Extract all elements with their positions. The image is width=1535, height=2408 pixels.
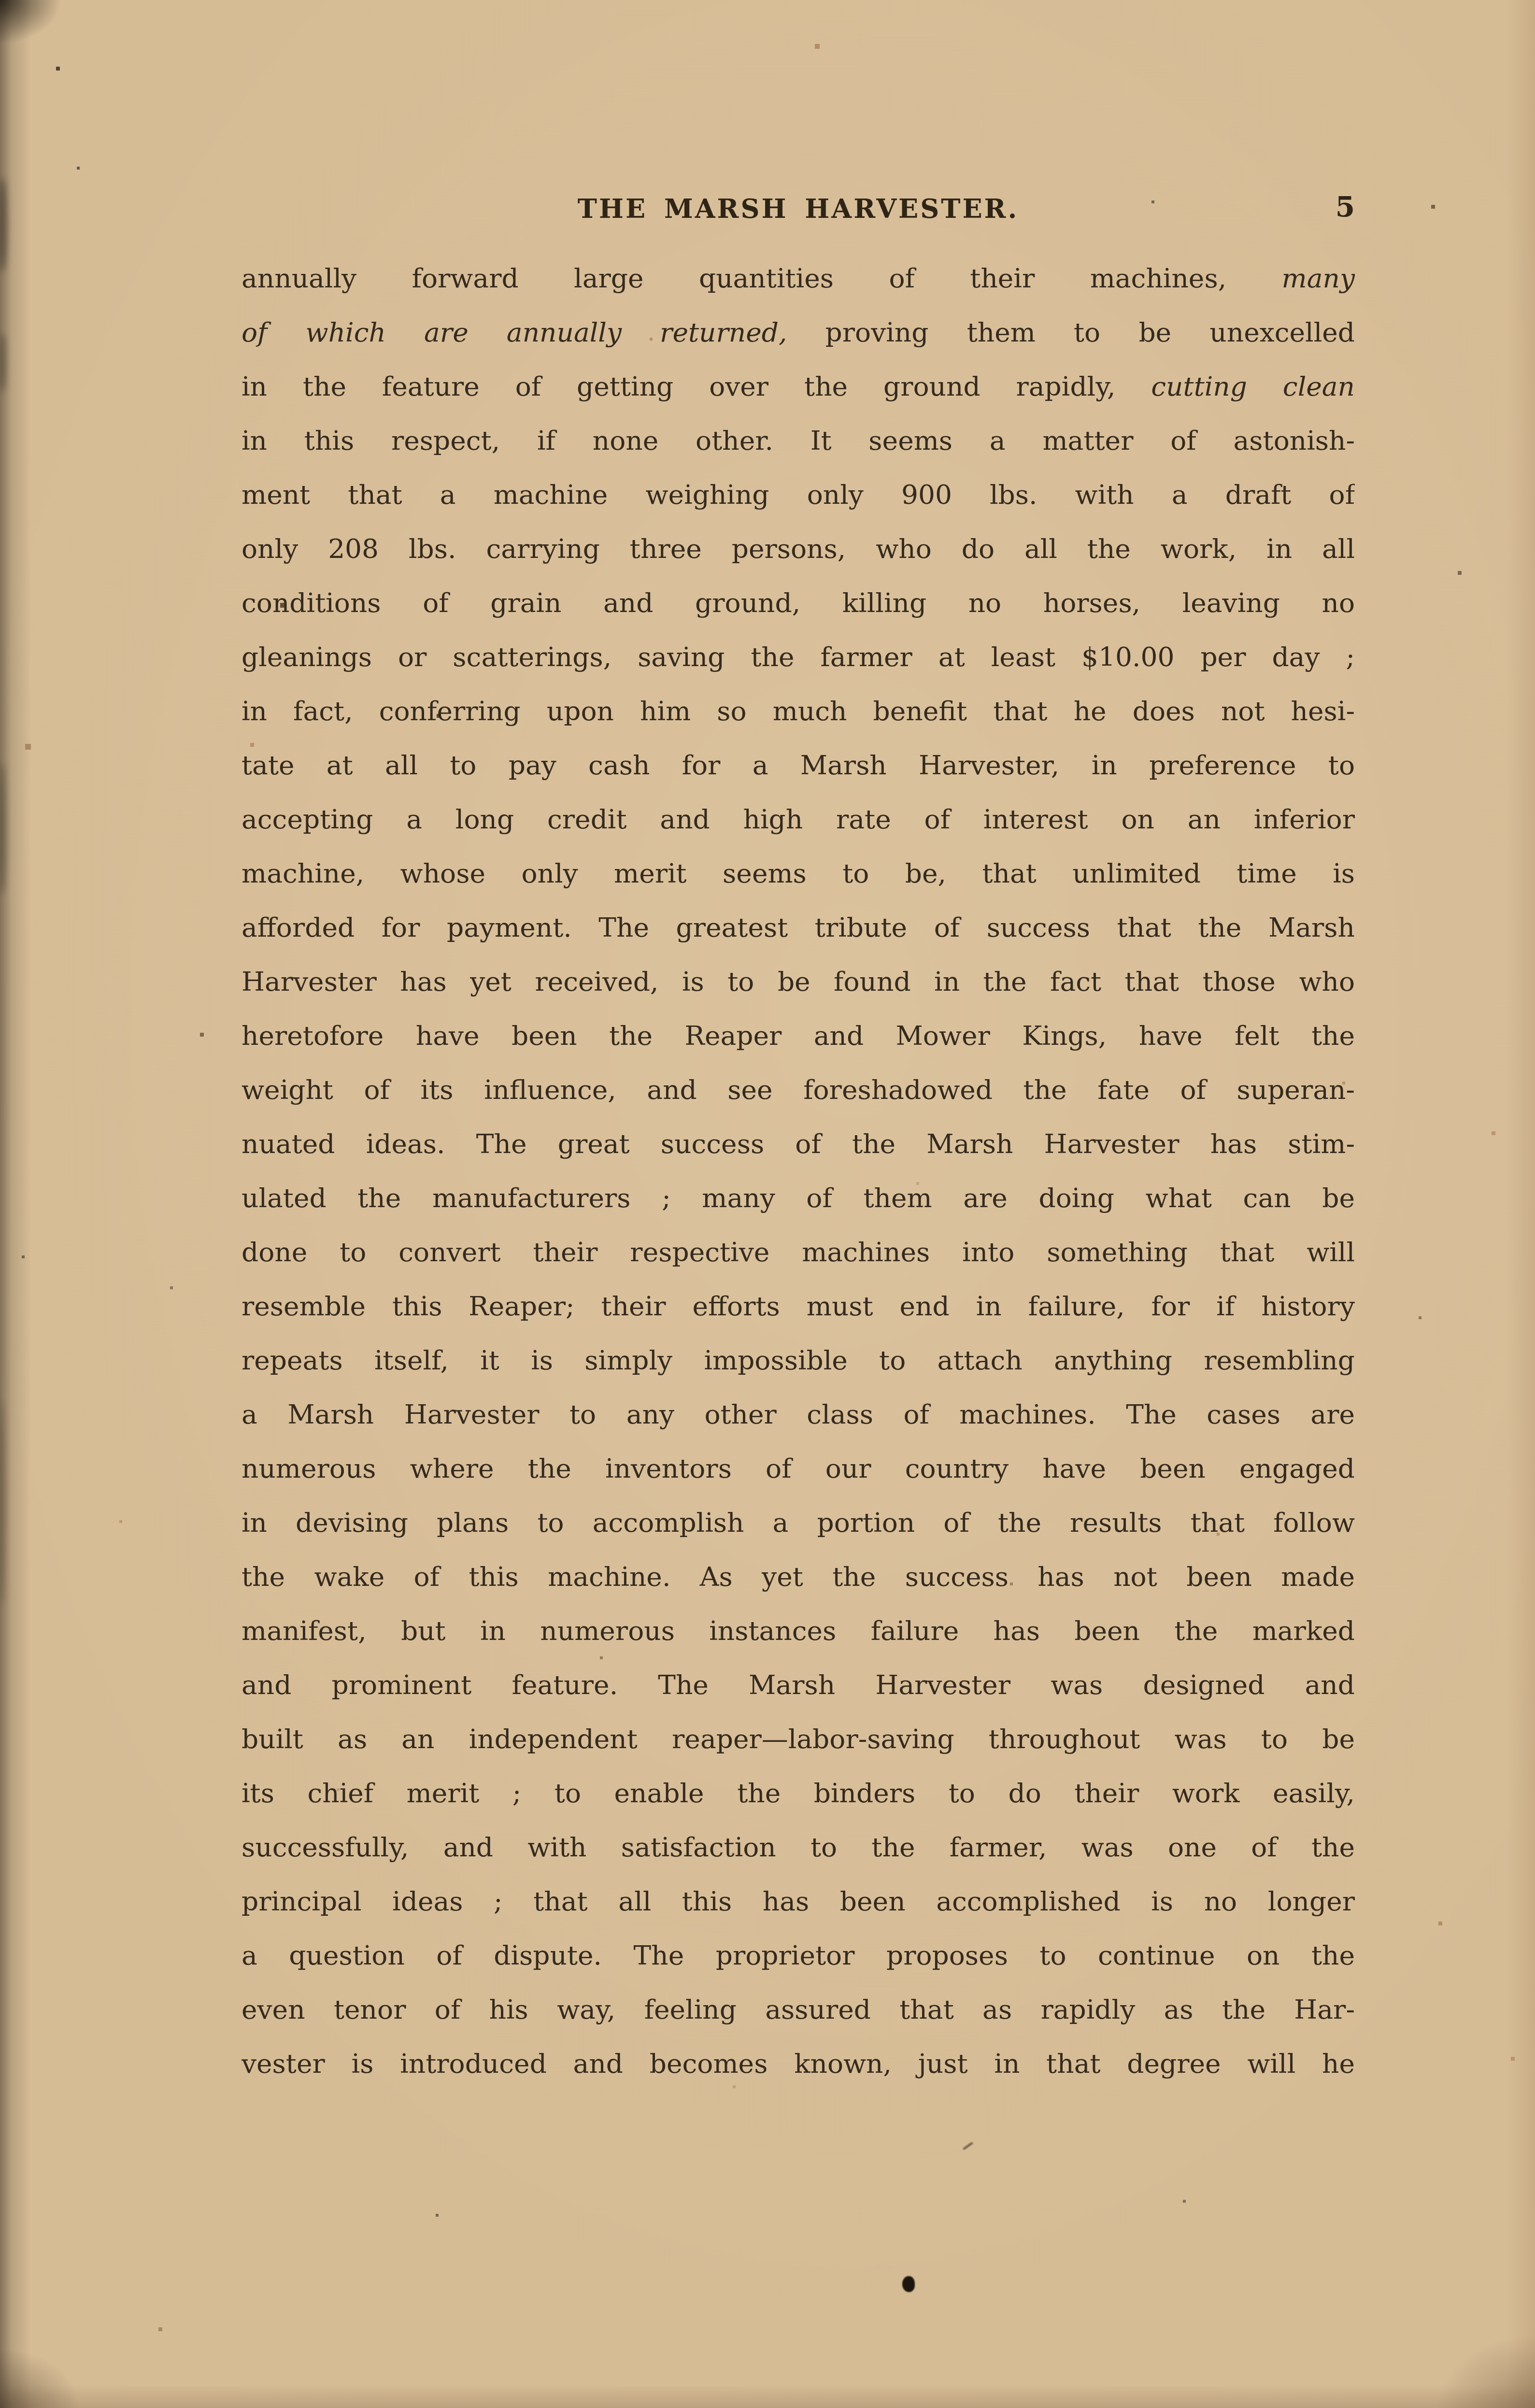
text-line: weight of its influence, and see foresha… (242, 1063, 1355, 1117)
running-title: THE MARSH HARVESTER. (242, 193, 1355, 224)
text-line: resemble this Reaper; their efforts must… (242, 1279, 1355, 1333)
text-line: ment that a machine weighing only 900 lb… (242, 468, 1355, 522)
text-line: vester is introduced and becomes known, … (242, 2037, 1355, 2091)
book-page-scan: THE MARSH HARVESTER. 5 annually forward … (0, 0, 1535, 2408)
text-line: heretofore have been the Reaper and Mowe… (242, 1009, 1355, 1063)
text-line: manifest, but in numerous instances fail… (242, 1604, 1355, 1658)
text-line: the wake of this machine. As yet the suc… (242, 1550, 1355, 1604)
text-line: tate at all to pay cash for a Marsh Harv… (242, 738, 1355, 792)
text-line: in fact, conferring upon him so much ben… (242, 684, 1355, 738)
text-line: Harvester has yet received, is to be fou… (242, 955, 1355, 1009)
text-line: gleanings or scatterings, saving the far… (242, 630, 1355, 684)
text-line: conditions of grain and ground, killing … (242, 576, 1355, 630)
text-line: ulated the manufacturers ; many of them … (242, 1171, 1355, 1225)
body-text: annually forward large quantities of the… (242, 251, 1355, 2091)
text-line: built as an independent reaper—labor-sav… (242, 1712, 1355, 1766)
text-line: a Marsh Harvester to any other class of … (242, 1387, 1355, 1441)
text-line: afforded for payment. The greatest tribu… (242, 900, 1355, 955)
ink-blot (902, 2276, 915, 2292)
page-edge-shadow (0, 333, 6, 391)
text-line: even tenor of his way, feeling assured t… (242, 1982, 1355, 2037)
text-line: in the feature of getting over the groun… (242, 359, 1355, 413)
text-line: in this respect, if none other. It seems… (242, 413, 1355, 468)
text-line: accepting a long credit and high rate of… (242, 792, 1355, 846)
text-line: its chief merit ; to enable the binders … (242, 1766, 1355, 1820)
text-line: machine, whose only merit seems to be, t… (242, 846, 1355, 900)
text-line: repeats itself, it is simply impossible … (242, 1333, 1355, 1387)
text-line: only 208 lbs. carrying three persons, wh… (242, 522, 1355, 576)
page-edge-shadow (0, 1401, 5, 1604)
text-line: numerous where the inventors of our coun… (242, 1441, 1355, 1496)
text-line: nuated ideas. The great success of the M… (242, 1117, 1355, 1171)
text-line: annually forward large quantities of the… (242, 251, 1355, 305)
text-line: a question of dispute. The proprietor pr… (242, 1928, 1355, 1982)
text-line: done to convert their respective machine… (242, 1225, 1355, 1279)
page-header: THE MARSH HARVESTER. 5 (242, 193, 1355, 224)
text-line: and prominent feature. The Marsh Harvest… (242, 1658, 1355, 1712)
page-edge-shadow (0, 179, 7, 271)
text-line: principal ideas ; that all this has been… (242, 1874, 1355, 1928)
text-line: of which are annually returned, proving … (242, 305, 1355, 359)
text-line: in devising plans to accomplish a portio… (242, 1496, 1355, 1550)
text-line: successfully, and with satisfaction to t… (242, 1820, 1355, 1874)
stray-mark (963, 2142, 974, 2151)
page-edge-shadow (0, 763, 6, 894)
page-number: 5 (1336, 190, 1355, 223)
